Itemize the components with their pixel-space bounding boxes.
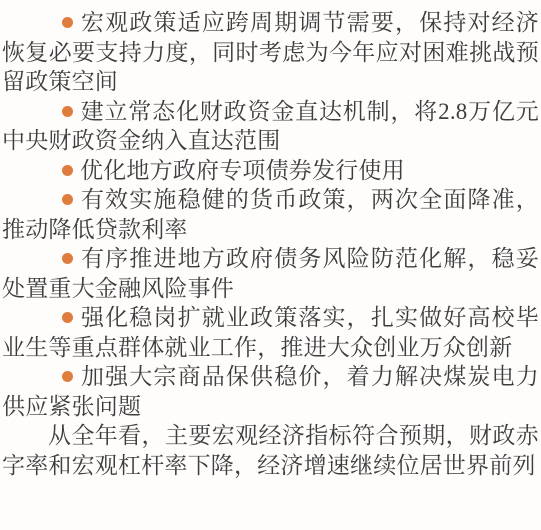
bullet-item: 有效实施稳健的货币政策，两次全面降准，推动降低贷款利率 — [2, 185, 539, 244]
bullet-dot-icon — [62, 17, 73, 28]
bullet-item-text: 有序推进地方政府债务风险防范化解，稳妥处置重大金融风险事件 — [2, 246, 539, 301]
article-page: { "page": { "background_color": "#fefdfc… — [0, 0, 541, 530]
bullet-item-text: 有效实施稳健的货币政策，两次全面降准，推动降低贷款利率 — [2, 187, 539, 242]
bullet-item: 优化地方政府专项债券发行使用 — [2, 156, 539, 186]
bullet-dot-icon — [62, 253, 73, 264]
bullet-item-text: 建立常态化财政资金直达机制，将2.8万亿元中央财政资金纳入直达范围 — [2, 99, 539, 154]
bullet-dot-icon — [62, 194, 73, 205]
bullet-item: 建立常态化财政资金直达机制，将2.8万亿元中央财政资金纳入直达范围 — [2, 97, 539, 156]
bullet-dot-icon — [62, 312, 73, 323]
bullet-item: 强化稳岗扩就业政策落实，扎实做好高校毕业生等重点群体就业工作，推进大众创业万众创… — [2, 303, 539, 362]
bullet-item: 有序推进地方政府债务风险防范化解，稳妥处置重大金融风险事件 — [2, 244, 539, 303]
bullet-item: 宏观政策适应跨周期调节需要，保持对经济恢复必要支持力度，同时考虑为今年应对困难挑… — [2, 8, 539, 97]
policy-summary-list: 宏观政策适应跨周期调节需要，保持对经济恢复必要支持力度，同时考虑为今年应对困难挑… — [0, 0, 541, 480]
bullet-dot-icon — [62, 165, 73, 176]
bullet-item-text: 优化地方政府专项债券发行使用 — [80, 158, 405, 183]
bullet-item: 加强大宗商品保供稳价，着力解决煤炭电力供应紧张问题 — [2, 362, 539, 421]
bullet-dot-icon — [62, 106, 73, 117]
bullet-item-text: 强化稳岗扩就业政策落实，扎实做好高校毕业生等重点群体就业工作，推进大众创业万众创… — [2, 305, 539, 360]
bullet-item-text: 宏观政策适应跨周期调节需要，保持对经济恢复必要支持力度，同时考虑为今年应对困难挑… — [2, 10, 539, 94]
closing-paragraph: 从全年看，主要宏观经济指标符合预期，财政赤字率和宏观杠杆率下降，经济增速继续位居… — [2, 421, 539, 480]
bullet-item-text: 加强大宗商品保供稳价，着力解决煤炭电力供应紧张问题 — [2, 364, 539, 419]
bullet-dot-icon — [62, 371, 73, 382]
